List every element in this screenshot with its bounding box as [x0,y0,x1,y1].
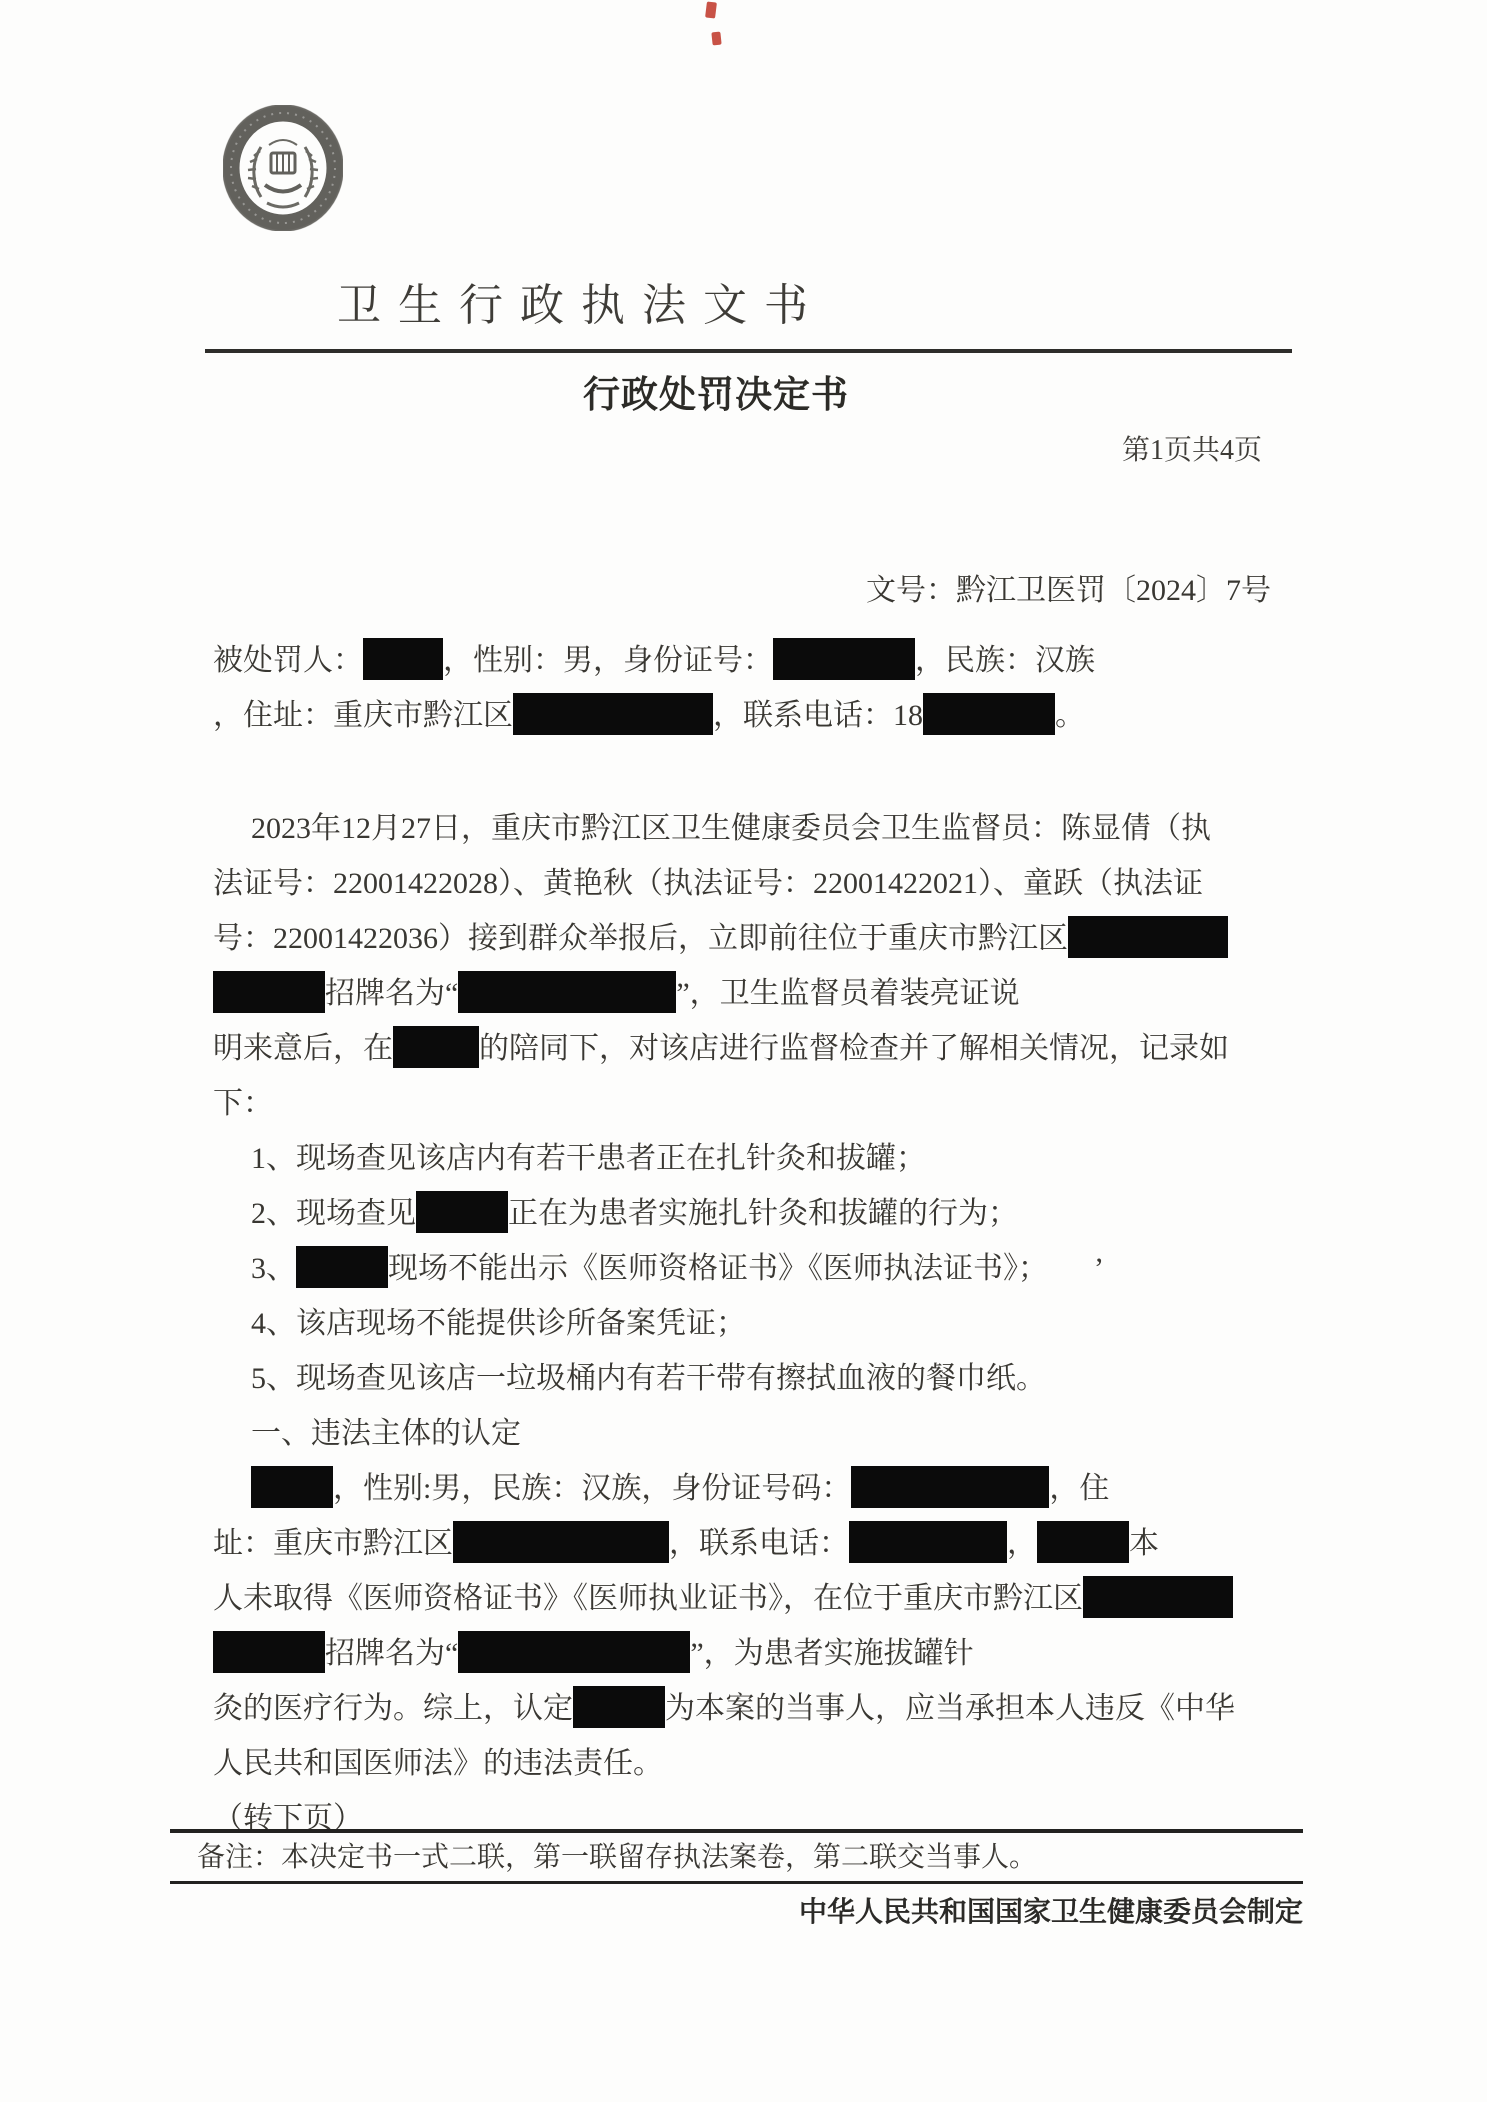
text-run: 2023年12月27日，重庆市黔江区卫生健康委员会卫生监督员：陈显倩（执 [251,812,1211,845]
text-run: ”，卫生监督员着装亮证说 [676,977,1019,1010]
text-run: ， [1007,1527,1037,1560]
document-number: 文号：黔江卫医罚〔2024〕7号 [866,572,1271,610]
text-line: 招牌名为“”，卫生监督员着装亮证说 [213,966,1318,1021]
text-line: 人民共和国医师法》的违法责任。 [213,1736,1318,1791]
text-run: 号：22001422036）接到群众举报后，立即前往位于重庆市黔江区 [213,922,1068,955]
text-run: 2、现场查见 [251,1197,416,1230]
redaction-bar [1083,1576,1233,1618]
text-line: 1、现场查见该店内有若干患者正在扎针灸和拔罐； [213,1131,1318,1186]
redaction-bar [773,638,915,680]
redaction-bar [1037,1521,1129,1563]
redaction-bar [923,693,1055,735]
text-line: 3、现场不能出示《医师资格证书》《医师执法证书》；’ [213,1241,1318,1296]
text-line: （转下页） [213,1791,1318,1846]
text-run: 1、现场查见该店内有若干患者正在扎针灸和拔罐； [251,1142,926,1175]
footer-rule-bottom [170,1881,1303,1884]
text-run: 现场不能出示《医师资格证书》《医师执法证书》； [388,1252,1048,1285]
redaction-bar [296,1246,388,1288]
text-run: ，住 [1049,1472,1109,1505]
text-line: 被处罚人：，性别：男，身份证号：，民族：汉族 [213,633,1318,688]
redaction-bar [453,1521,669,1563]
redaction-bar [1068,916,1228,958]
text-line: 号：22001422036）接到群众举报后，立即前往位于重庆市黔江区 [213,911,1318,966]
text-run: 址：重庆市黔江区 [213,1527,453,1560]
text-run: 的陪同下，对该店进行监督检查并了解相关情况，记录如 [479,1032,1229,1065]
text-run: ，住址：重庆市黔江区 [213,699,513,732]
redaction-bar [251,1466,333,1508]
page-indicator: 第1页共4页 [1122,434,1262,468]
health-supervision-seal-icon [223,105,343,231]
text-run: 人未取得《医师资格证书》《医师执业证书》，在位于重庆市黔江区 [213,1582,1083,1615]
text-line: 址：重庆市黔江区，联系电话：，本 [213,1516,1318,1571]
text-run: 灸的医疗行为。综上，认定 [213,1692,573,1725]
redaction-bar [213,1631,325,1673]
text-run: 下： [213,1087,273,1120]
text-run: 3、 [251,1252,296,1285]
text-run: ，性别：男，身份证号： [443,644,773,677]
issuer-line: 中华人民共和国国家卫生健康委员会制定 [798,1895,1303,1929]
text-run: 法证号：22001422028）、黄艳秋（执法证号：22001422021）、童… [213,867,1203,900]
document-body: 被处罚人：，性别：男，身份证号：，民族：汉族，住址：重庆市黔江区，联系电话：18… [213,633,1318,1846]
redaction-bar [458,1631,690,1673]
text-run: 5、现场查见该店一垃圾桶内有若干带有擦拭血液的餐巾纸。 [251,1362,1046,1395]
text-run: 。 [1055,699,1085,732]
text-run: ，性别:男，民族：汉族，身份证号码： [333,1472,851,1505]
text-line: 下： [213,1076,1318,1131]
redaction-bar [573,1686,665,1728]
text-run: 招牌名为“ [325,1637,458,1670]
scanned-document-page: 卫生行政执法文书 行政处罚决定书 第1页共4页 文号：黔江卫医罚〔2024〕7号… [0,0,1487,2102]
footer-rule-top [170,1829,1303,1833]
text-run: 明来意后，在 [213,1032,393,1065]
blank-line [213,743,1318,801]
text-line: 2、现场查见正在为患者实施扎针灸和拔罐的行为； [213,1186,1318,1241]
redaction-bar [513,693,713,735]
text-run: 一、违法主体的认定 [251,1417,521,1450]
text-line: 灸的医疗行为。综上，认定为本案的当事人，应当承担本人违反《中华 [213,1681,1318,1736]
text-line: 一、违法主体的认定 [213,1406,1318,1461]
text-line: ，性别:男，民族：汉族，身份证号码：，住 [213,1461,1318,1516]
title-underline-rule [205,349,1292,353]
text-run: 本 [1129,1527,1159,1560]
redaction-bar [851,1466,1049,1508]
text-run: ，民族：汉族 [915,644,1095,677]
text-run: 4、该店现场不能提供诊所备案凭证； [251,1307,746,1340]
text-run: 招牌名为“ [325,977,458,1010]
text-line: 人未取得《医师资格证书》《医师执业证书》，在位于重庆市黔江区 [213,1571,1318,1626]
text-run: 被处罚人： [213,644,363,677]
footer-note: 备注：本决定书一式二联，第一联留存执法案卷，第二联交当事人。 [197,1840,1037,1876]
text-run: 为本案的当事人，应当承担本人违反《中华 [665,1692,1235,1725]
text-line: 招牌名为“”，为患者实施拔罐针 [213,1626,1318,1681]
red-ink-mark [705,1,717,18]
text-line: 5、现场查见该店一垃圾桶内有若干带有擦拭血液的餐巾纸。 [213,1351,1318,1406]
text-run: ’ [1094,1252,1104,1285]
text-line: ，住址：重庆市黔江区，联系电话：18。 [213,688,1318,743]
redaction-bar [363,638,443,680]
redaction-bar [393,1026,479,1068]
text-run: 正在为患者实施扎针灸和拔罐的行为； [508,1197,1018,1230]
text-line: 2023年12月27日，重庆市黔江区卫生健康委员会卫生监督员：陈显倩（执 [213,801,1318,856]
document-category-title: 卫生行政执法文书 [337,280,825,332]
text-run: ”，为患者实施拔罐针 [690,1637,973,1670]
text-line: 法证号：22001422028）、黄艳秋（执法证号：22001422021）、童… [213,856,1318,911]
redaction-bar [458,971,676,1013]
redaction-bar [849,1521,1007,1563]
redaction-bar [416,1191,508,1233]
document-title: 行政处罚决定书 [583,374,849,418]
text-run: ，联系电话：18 [713,699,923,732]
redaction-bar [213,971,325,1013]
red-ink-mark [711,32,721,46]
text-line: 4、该店现场不能提供诊所备案凭证； [213,1296,1318,1351]
text-run: ，联系电话： [669,1527,849,1560]
text-run: 人民共和国医师法》的违法责任。 [213,1747,663,1780]
text-line: 明来意后，在的陪同下，对该店进行监督检查并了解相关情况，记录如 [213,1021,1318,1076]
